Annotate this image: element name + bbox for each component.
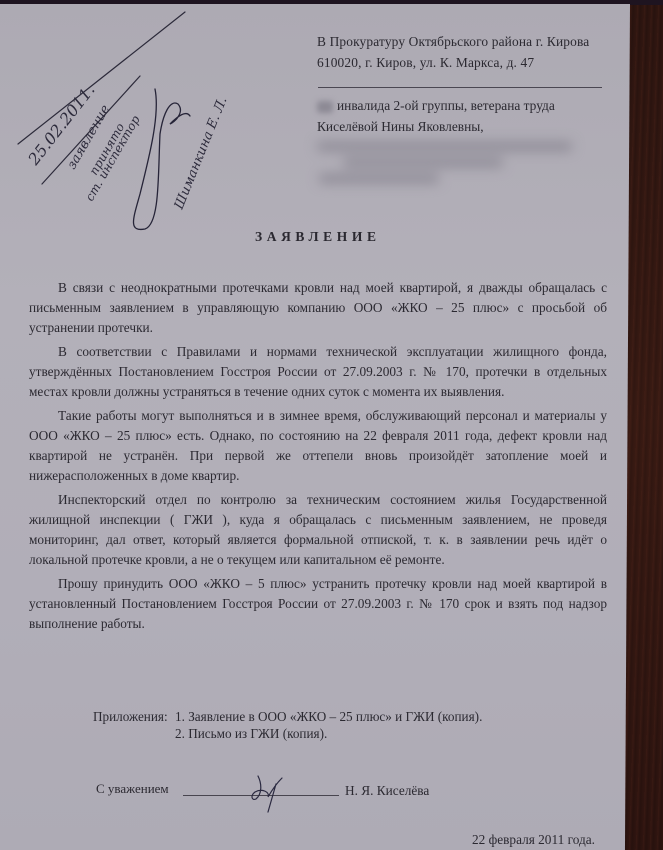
closing-regards: С уважением [96, 781, 169, 797]
recipient-address: В Прокуратуру Октябрьского района г. Кир… [317, 31, 589, 73]
handwritten-text-1: заявление [64, 102, 113, 172]
document-date: 22 февраля 2011 года. [472, 832, 595, 848]
attachment-item-2: 2. Письмо из ГЖИ (копия). [175, 725, 327, 742]
sender-status: инвалида 2-ой группы, ветерана труда [337, 98, 555, 113]
recipient-line-1: В Прокуратуру Октябрьского района г. Кир… [317, 31, 589, 52]
diagonal-line-top [18, 12, 185, 144]
document-page: В Прокуратуру Октябрьского района г. Кир… [0, 4, 630, 850]
address-divider [318, 87, 602, 88]
inspector-signature-icon [134, 89, 191, 229]
attachments-label: Приложения: [93, 708, 168, 725]
handwritten-text-2: принято [86, 121, 127, 178]
paragraph-5: Прошу принудить ООО «ЖКО – 5 плюс» устра… [29, 574, 607, 634]
attachment-item-1: 1. Заявление в ООО «ЖКО – 25 плюс» и ГЖИ… [175, 708, 482, 725]
diagonal-line-bottom [42, 76, 140, 184]
paragraph-1: В связи с неоднократными протечками кров… [29, 278, 607, 338]
document-body: В связи с неоднократными протечками кров… [29, 278, 607, 638]
paragraph-2: В соответствии с Правилами и нормами тех… [29, 342, 607, 402]
handwritten-text-3: ст. инспектор [82, 113, 142, 204]
sender-line-1: инвалида 2-ой группы, ветерана труда [317, 95, 555, 116]
handwritten-date: 25.02.2011. [24, 81, 99, 170]
signer-name: Н. Я. Киселёва [345, 783, 429, 799]
signature-line [183, 795, 339, 796]
document-title: ЗАЯВЛЕНИЕ [255, 229, 381, 245]
redacted-mark [317, 101, 333, 113]
handwritten-name: Шиманкина Е. Л. [171, 95, 230, 212]
sender-signature-icon [252, 776, 282, 812]
redacted-sender-address [315, 134, 577, 186]
recipient-line-2: 610020, г. Киров, ул. К. Маркса, д. 47 [317, 52, 589, 73]
paragraph-4: Инспекторский отдел по контролю за техни… [29, 490, 607, 570]
paragraph-3: Такие работы могут выполняться и в зимне… [29, 406, 607, 486]
sender-block: инвалида 2-ой группы, ветерана труда Кис… [317, 95, 555, 137]
